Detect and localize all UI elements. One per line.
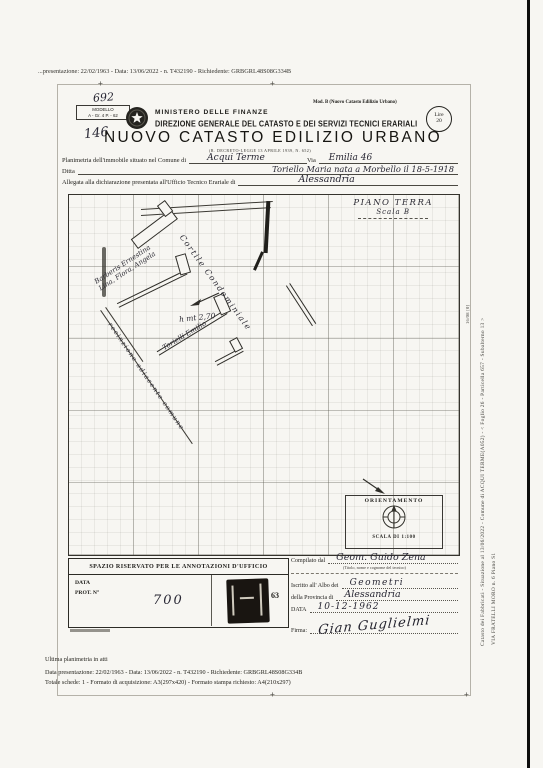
floor-plan: PIANO TERRA Scala B recinzione adiacente bbox=[68, 194, 460, 556]
scan-edge-line bbox=[527, 0, 530, 768]
wall-bar-small bbox=[215, 347, 244, 365]
pillar bbox=[175, 253, 191, 275]
modello-line2: A - Gr. 4 P. - 62 bbox=[79, 113, 127, 119]
corner-arrow-icon bbox=[361, 477, 387, 497]
underline bbox=[358, 218, 428, 219]
albo-label: Iscritto all' Albo dei bbox=[291, 583, 342, 589]
firma-label: Firma: bbox=[291, 628, 310, 634]
plan-floor-label: PIANO TERRA Scala B bbox=[353, 198, 433, 219]
provincia-fill: Alessandria bbox=[336, 590, 458, 601]
guide-top bbox=[57, 84, 470, 85]
prot-value-handwritten: 700 bbox=[153, 593, 184, 608]
field-row-ufficio: Allegata alla dichiarazione presentata a… bbox=[62, 174, 458, 186]
office-box-title: SPAZIO RISERVATO PER LE ANNOTAZIONI D'UF… bbox=[89, 564, 267, 570]
scan-meta-line: ...presentazione: 22/02/1963 - Data: 13/… bbox=[38, 68, 291, 75]
compiled-label: Compilato dal bbox=[291, 558, 328, 564]
via-value: Emilia 46 bbox=[329, 153, 372, 163]
stamp-year: 63 bbox=[271, 591, 279, 600]
compiled-note: (Titolo, nome e cognome del tecnico) bbox=[291, 565, 458, 570]
wall-bar bbox=[286, 283, 316, 326]
prot-label: PROT. N° bbox=[75, 590, 99, 596]
ditta-value: Toriello Maria nata a Morbello il 18-5-1… bbox=[272, 164, 454, 174]
guide-left bbox=[57, 84, 58, 696]
data-label: DATA bbox=[75, 580, 90, 586]
protocol-number-handwritten: 692 bbox=[93, 90, 115, 104]
sidebar-page-mark: 16/08 [0] bbox=[465, 280, 470, 324]
ministry-title: MINISTERO DELLE FINANZE bbox=[155, 109, 268, 116]
footer-line2: Data presentazione: 22/02/1963 - Data: 1… bbox=[45, 669, 302, 676]
document-title: NUOVO CATASTO EDILIZIO URBANO bbox=[104, 129, 442, 147]
office-annotations-box: SPAZIO RISERVATO PER LE ANNOTAZIONI D'UF… bbox=[68, 558, 289, 628]
signature-row: Firma: Gian Guglielmi bbox=[291, 614, 458, 634]
provincia-row: della Provincia di Alessandria bbox=[291, 590, 458, 601]
wall-flag bbox=[229, 337, 243, 353]
orientation-box: ORIENTAMENTO SCALA DI 1:100 bbox=[345, 495, 443, 549]
ink-stamp bbox=[226, 578, 270, 623]
guide-right bbox=[470, 84, 471, 696]
lire-amount: 20 bbox=[436, 119, 442, 125]
neighbor-note: Torielli Emilio bbox=[161, 319, 208, 351]
footer-line1: Ultima planimetria in atti bbox=[45, 656, 108, 663]
wall-post-bend bbox=[253, 251, 264, 270]
compiler-section: Compilato dal Geom. Guido Zena (Titolo, … bbox=[291, 553, 458, 635]
fence-line bbox=[105, 307, 143, 362]
compiler-date-label: DATA bbox=[291, 607, 310, 613]
wall-post bbox=[264, 201, 270, 253]
compiled-value: Geom. Guido Zena bbox=[336, 552, 426, 563]
mod-b-note: Mod. B (Nuovo Catasto Edilizio Urbano) bbox=[313, 100, 397, 105]
firma-fill: Gian Guglielmi bbox=[310, 615, 458, 634]
albo-fill: Geometri bbox=[342, 578, 458, 589]
scale-label: Scala B bbox=[353, 208, 433, 216]
micro-print bbox=[70, 629, 110, 632]
footer-line3: Totale schede: 1 - Formato di acquisizio… bbox=[45, 679, 291, 686]
guide-bottom bbox=[57, 695, 470, 696]
office-box-divider bbox=[211, 575, 212, 626]
signature: Gian Guglielmi bbox=[318, 613, 431, 638]
divider bbox=[291, 573, 458, 574]
state-emblem-icon bbox=[124, 105, 150, 131]
directorate-title: DIREZIONE GENERALE DEL CATASTO E DEI SER… bbox=[155, 118, 417, 129]
albo-value: Geometri bbox=[350, 578, 405, 588]
provincia-label: della Provincia di bbox=[291, 595, 336, 601]
floor-label: PIANO TERRA bbox=[353, 198, 433, 208]
sidebar-cadastre-text: Catasto dei Fabbricati - Situazione al 1… bbox=[480, 88, 486, 646]
albo-row: Iscritto all' Albo dei Geometri bbox=[291, 578, 458, 589]
modello-box: MODELLO A - Gr. 4 P. - 62 bbox=[76, 105, 130, 120]
ufficio-label: Allegata alla dichiarazione presentata a… bbox=[62, 179, 238, 186]
comune-value: Acqui Terme bbox=[207, 153, 265, 163]
compiled-row: Compilato dal Geom. Guido Zena bbox=[291, 553, 458, 564]
registration-mark: + bbox=[270, 79, 275, 88]
registration-mark: + bbox=[270, 690, 275, 699]
scanned-cadastre-document: ...presentazione: 22/02/1963 - Data: 13/… bbox=[0, 0, 543, 768]
sidebar-address-text: VIA FRATELLI MORO n. 6 Piano S1 bbox=[491, 465, 497, 645]
compiled-fill: Geom. Guido Zena bbox=[328, 553, 458, 564]
date-value: 10-12-1962 bbox=[318, 602, 380, 612]
ufficio-fill: Alessandria bbox=[238, 174, 458, 186]
registration-mark: + bbox=[464, 690, 469, 699]
office-box-titlebar: SPAZIO RISERVATO PER LE ANNOTAZIONI D'UF… bbox=[69, 559, 288, 575]
direction-arrow-icon bbox=[189, 290, 221, 308]
ufficio-value: Alessandria bbox=[298, 174, 354, 185]
compass-icon bbox=[381, 504, 407, 530]
plan-scale-note: SCALA DI 1:100 bbox=[346, 535, 442, 540]
registration-mark: + bbox=[98, 79, 103, 88]
provincia-value: Alessandria bbox=[344, 589, 400, 600]
date-row: DATA 10-12-1962 bbox=[291, 602, 458, 613]
date-fill: 10-12-1962 bbox=[310, 602, 458, 613]
